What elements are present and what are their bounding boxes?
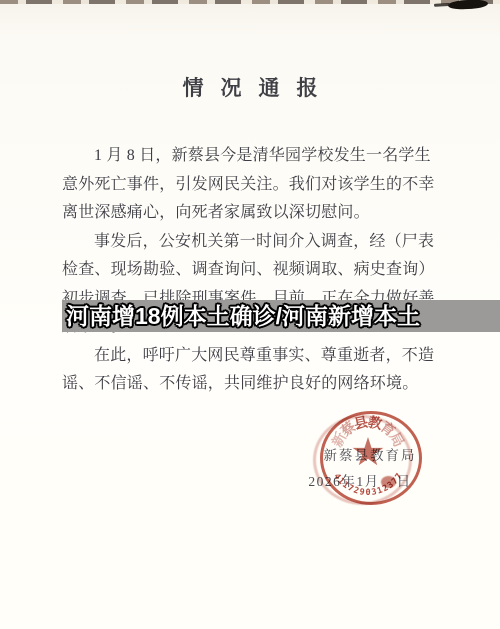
document-photo: 情况通报 1 月 8 日，新蔡县今是清华园学校发生一名学生意外死亡事件，引发网民…	[0, 0, 500, 629]
body-line: 意外死亡事件，引发网民关注。我们对该学生的不幸	[62, 171, 445, 200]
body-line: 检查、现场勘验、调查询问、视频调取、病史查询）	[62, 256, 445, 285]
report-title: 情况通报	[0, 72, 500, 102]
body-line: 在此，呼吁广大网民尊重事实、尊重逝者，不造	[62, 342, 445, 371]
body-line: 1 月 8 日，新蔡县今是清华园学校发生一名学生	[62, 142, 445, 171]
seal-code-digit: 0	[365, 488, 370, 498]
subtitle-headline: 河南增18例本土确诊/河南新增本土	[66, 299, 420, 333]
report-body: 1 月 8 日，新蔡县今是清华园学校发生一名学生意外死亡事件，引发网民关注。我们…	[62, 142, 445, 399]
body-line: 离世深感痛心，向死者家属致以深切慰问。	[62, 199, 445, 228]
paper-top-edge	[0, 0, 500, 4]
body-line: 事发后，公安机关第一时间介入调查，经（尸表	[62, 228, 445, 257]
clip-shadow-blob	[448, 0, 488, 10]
body-line: 谣、不信谣、不传谣，共同维护良好的网络环境。	[62, 370, 445, 399]
